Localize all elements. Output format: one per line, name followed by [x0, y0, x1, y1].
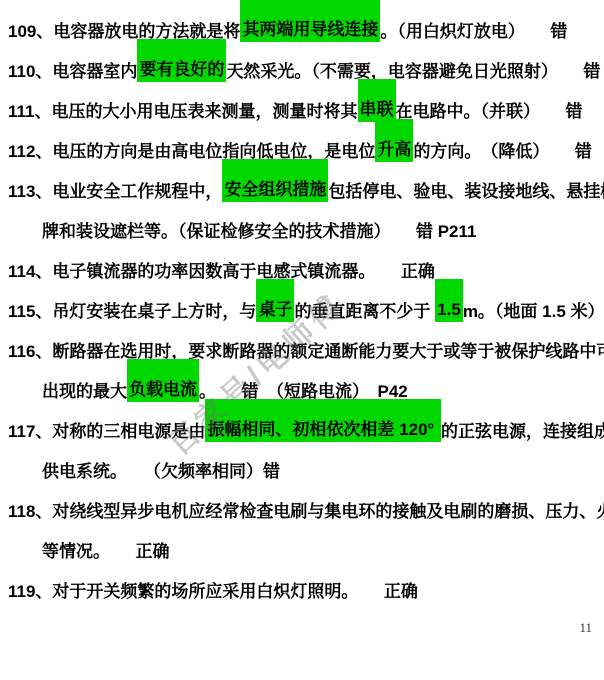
- question-line: 113、电业安全工作规程中，安全组织措施包括停电、验电、装设接地线、悬挂标示: [8, 162, 602, 202]
- text-segment: 的方向。 （降低） 错: [413, 141, 592, 162]
- highlighted-text: 其两端用导线连接: [240, 0, 380, 42]
- question-111: 111、电压的大小用电压表来测量，测量时将其串联在电路中。（并联） 错: [8, 82, 602, 122]
- document-page: 109、电容器放电的方法就是将其两端用导线连接。（用白炽灯放电） 错110、电容…: [0, 0, 604, 680]
- question-112: 112、电压的方向是由高电位指向低电位，是电位升高的方向。 （降低） 错: [8, 122, 602, 162]
- text-segment: 。（用白炽灯放电） 错: [380, 21, 567, 42]
- question-line: 牌和装设遮栏等。（保证检修安全的技术措施） 错 P211: [8, 202, 602, 242]
- question-117: 117、对称的三相电源是由振幅相同、初相依次相差 120° 的正弦电源，连接组成…: [8, 402, 602, 482]
- text-segment: 116、断路器在选用时，要求断路器的额定通断能力要大于或等于被保护线路中可能: [8, 341, 604, 362]
- text-segment: 114、电子镇流器的功率因数高于电感式镇流器。 正确: [8, 261, 435, 282]
- question-line: 116、断路器在选用时，要求断路器的额定通断能力要大于或等于被保护线路中可能: [8, 322, 602, 362]
- question-115: 115、吊灯安装在桌子上方时，与桌子的垂直距离不少于 1.5m。（地面 1.5 …: [8, 282, 602, 322]
- question-109: 109、电容器放电的方法就是将其两端用导线连接。（用白炽灯放电） 错: [8, 2, 602, 42]
- text-segment: 出现的最大: [42, 381, 127, 402]
- question-110: 110、电容器室内要有良好的天然采光。（不需要，电容器避免日光照射） 错 P12…: [8, 42, 602, 82]
- question-line: 111、电压的大小用电压表来测量，测量时将其串联在电路中。（并联） 错: [8, 82, 602, 122]
- highlighted-text: 桌子: [256, 279, 294, 322]
- text-segment: 111、电压的大小用电压表来测量，测量时将其: [8, 101, 358, 122]
- question-113: 113、电业安全工作规程中，安全组织措施包括停电、验电、装设接地线、悬挂标示牌和…: [8, 162, 602, 242]
- question-119: 119、对于开关频繁的场所应采用白炽灯照明。 正确: [8, 562, 602, 602]
- question-line: 115、吊灯安装在桌子上方时，与桌子的垂直距离不少于 1.5m。（地面 1.5 …: [8, 282, 602, 322]
- highlighted-text: 振幅相同、初相依次相差 120°: [205, 399, 441, 442]
- highlighted-text: 1.5: [435, 279, 463, 322]
- question-line: 出现的最大负载电流。 错 （短路电流） P42: [8, 362, 602, 402]
- text-segment: 119、对于开关频繁的场所应采用白炽灯照明。 正确: [8, 581, 418, 602]
- question-line: 112、电压的方向是由高电位指向低电位，是电位升高的方向。 （降低） 错: [8, 122, 602, 162]
- text-segment: 115、吊灯安装在桌子上方时，与: [8, 301, 256, 322]
- question-line: 117、对称的三相电源是由振幅相同、初相依次相差 120° 的正弦电源，连接组成…: [8, 402, 602, 442]
- question-line: 109、电容器放电的方法就是将其两端用导线连接。（用白炽灯放电） 错: [8, 2, 602, 42]
- highlighted-text: 串联: [358, 79, 396, 122]
- text-segment: 113、电业安全工作规程中，: [8, 181, 222, 202]
- text-segment: 牌和装设遮栏等。（保证检修安全的技术措施） 错 P211: [42, 221, 477, 242]
- question-line: 110、电容器室内要有良好的天然采光。（不需要，电容器避免日光照射） 错 P12…: [8, 42, 602, 82]
- text-segment: 包括停电、验电、装设接地线、悬挂标示: [328, 181, 604, 202]
- text-segment: 118、对绕线型异步电机应经常检查电刷与集电环的接触及电刷的磨损、压力、火花: [8, 501, 604, 522]
- question-114: 114、电子镇流器的功率因数高于电感式镇流器。 正确: [8, 242, 602, 282]
- highlighted-text: 安全组织措施: [222, 159, 328, 202]
- text-segment: 的正弦电源，连接组成的: [441, 421, 604, 442]
- question-list: 109、电容器放电的方法就是将其两端用导线连接。（用白炽灯放电） 错110、电容…: [8, 2, 602, 602]
- question-line: 等情况。 正确: [8, 522, 602, 562]
- text-segment: 的垂直距离不少于: [294, 301, 435, 322]
- question-line: 118、对绕线型异步电机应经常检查电刷与集电环的接触及电刷的磨损、压力、火花: [8, 482, 602, 522]
- text-segment: 供电系统。 （欠频率相同）错: [42, 461, 280, 482]
- text-segment: 在电路中。（并联） 错: [396, 101, 583, 122]
- highlighted-text: 负载电流: [127, 359, 199, 402]
- question-line: 114、电子镇流器的功率因数高于电感式镇流器。 正确: [8, 242, 602, 282]
- text-segment: 110、电容器室内: [8, 61, 137, 82]
- question-116: 116、断路器在选用时，要求断路器的额定通断能力要大于或等于被保护线路中可能出现…: [8, 322, 602, 402]
- text-segment: 117、对称的三相电源是由: [8, 421, 205, 442]
- highlighted-text: 升高: [375, 119, 413, 162]
- question-line: 供电系统。 （欠频率相同）错: [8, 442, 602, 482]
- question-118: 118、对绕线型异步电机应经常检查电刷与集电环的接触及电刷的磨损、压力、火花等情…: [8, 482, 602, 562]
- highlighted-text: 要有良好的: [137, 39, 226, 82]
- text-segment: m。（地面 1.5 米） 错: [463, 301, 604, 322]
- text-segment: 等情况。 正确: [42, 541, 170, 562]
- text-segment: 天然采光。（不需要，电容器避免日光照射） 错 P122: [226, 61, 604, 82]
- page-number: 11: [579, 620, 592, 636]
- question-line: 119、对于开关频繁的场所应采用白炽灯照明。 正确: [8, 562, 602, 602]
